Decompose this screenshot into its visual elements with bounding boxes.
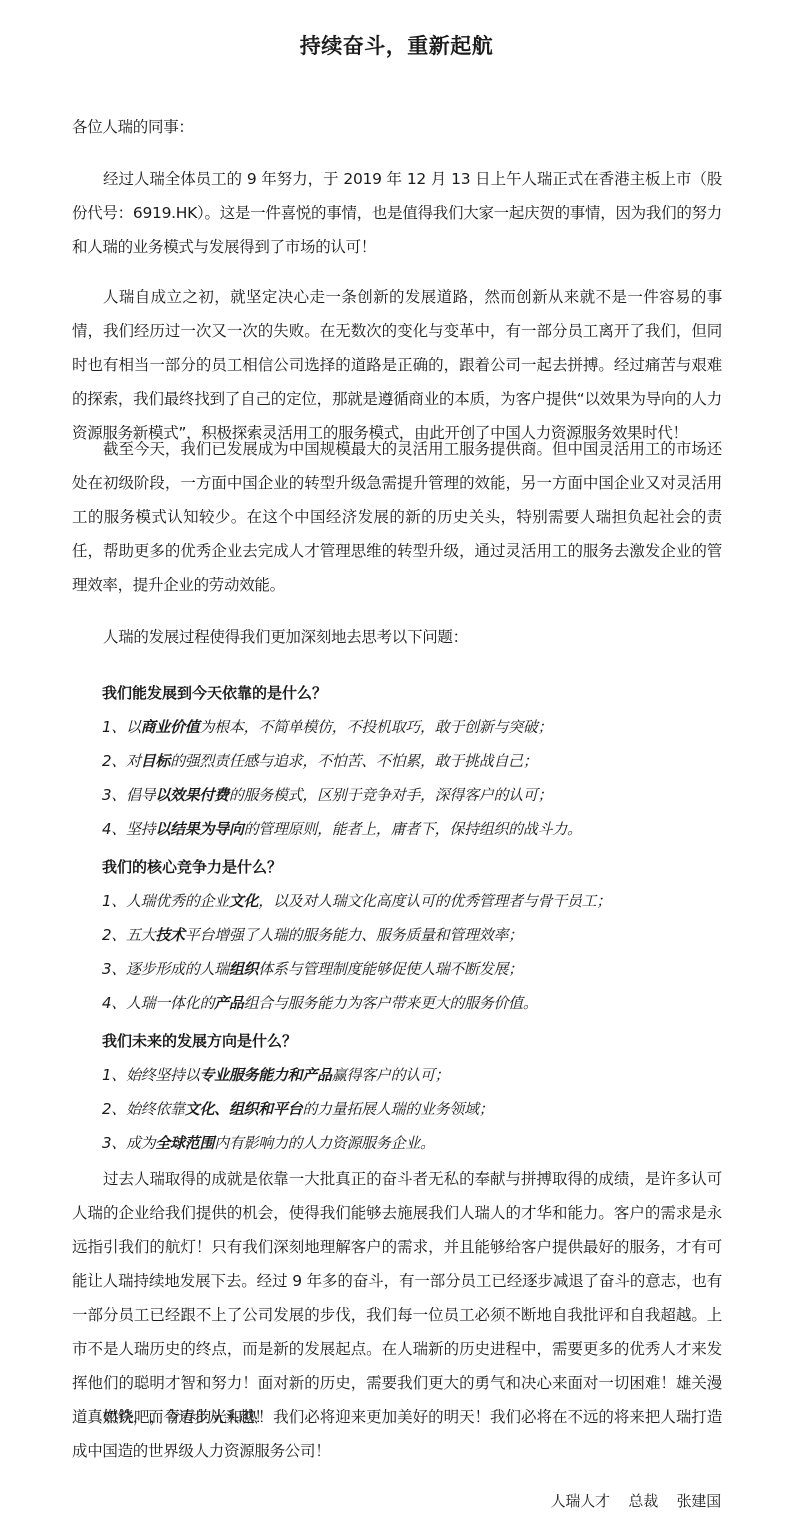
paragraph-history: 人瑞自成立之初，就坚定决心走一条创新的发展道路，然而创新从来就不是一件容易的事情… xyxy=(72,280,722,450)
paragraph-text: 过去人瑞取得的成就是依靠一大批真正的奋斗者无私的奉献与拼搏取得的成绩，是许多认可… xyxy=(72,1162,722,1434)
question-item: 1、始终坚持以专业服务能力和产品赢得客户的认可； xyxy=(102,1058,722,1092)
signature-company: 人瑞人才 xyxy=(551,1492,610,1510)
paragraph-text: 截至今天，我们已发展成为中国规模最大的灵活用工服务提供商。但中国灵活用工的市场还… xyxy=(72,432,722,602)
question-item: 2、对目标的强烈责任感与追求，不怕苦、不怕累，敢于挑战自己； xyxy=(102,744,722,778)
signature: 人瑞人才 总裁 张建国 xyxy=(537,1490,721,1511)
paragraph-listing: 经过人瑞全体员工的 9 年努力，于 2019 年 12 月 13 日上午人瑞正式… xyxy=(72,162,722,264)
question-heading: 我们的核心竞争力是什么？ xyxy=(102,850,722,884)
paragraph-text: 人瑞的发展过程使得我们更加深刻地去思考以下问题： xyxy=(72,620,722,654)
page-title: 持续奋斗，重新起航 xyxy=(0,30,793,60)
question-section-2: 我们的核心竞争力是什么？ 1、人瑞优秀的企业文化，以及对人瑞文化高度认可的优秀管… xyxy=(102,850,722,1020)
signature-name: 张建国 xyxy=(677,1492,721,1510)
paragraph-achievements: 过去人瑞取得的成就是依靠一大批真正的奋斗者无私的奉献与拼搏取得的成绩，是许多认可… xyxy=(72,1162,722,1434)
question-item: 4、人瑞一体化的产品组合与服务能力为客户带来更大的服务价值。 xyxy=(102,986,722,1020)
question-item: 3、成为全球范围内有影响力的人力资源服务企业。 xyxy=(102,1126,722,1160)
question-item: 4、坚持以结果为导向的管理原则，能者上，庸者下，保持组织的战斗力。 xyxy=(102,812,722,846)
question-item: 1、人瑞优秀的企业文化，以及对人瑞文化高度认可的优秀管理者与骨干员工； xyxy=(102,884,722,918)
question-heading: 我们能发展到今天依靠的是什么？ xyxy=(102,676,722,710)
signature-position: 总裁 xyxy=(628,1492,658,1510)
question-section-3: 我们未来的发展方向是什么？ 1、始终坚持以专业服务能力和产品赢得客户的认可； 2… xyxy=(102,1024,722,1160)
question-item: 3、倡导以效果付费的服务模式，区别于竞争对手，深得客户的认可； xyxy=(102,778,722,812)
salutation: 各位人瑞的同事： xyxy=(72,110,722,144)
question-item: 1、以商业价值为根本，不简单模仿，不投机取巧，敢于创新与突破； xyxy=(102,710,722,744)
question-item: 2、五大技术平台增强了人瑞的服务能力、服务质量和管理效率； xyxy=(102,918,722,952)
question-heading: 我们未来的发展方向是什么？ xyxy=(102,1024,722,1058)
question-section-1: 我们能发展到今天依靠的是什么？ 1、以商业价值为根本，不简单模仿，不投机取巧，敢… xyxy=(102,676,722,846)
question-item: 3、逐步形成的人瑞组织体系与管理制度能够促使人瑞不断发展； xyxy=(102,952,722,986)
paragraph-market: 截至今天，我们已发展成为中国规模最大的灵活用工服务提供商。但中国灵活用工的市场还… xyxy=(72,432,722,602)
paragraph-closing: 燃烧吧，青春的光和热！我们必将迎来更加美好的明天！我们必将在不远的将来把人瑞打造… xyxy=(72,1400,722,1468)
paragraph-questions-intro: 人瑞的发展过程使得我们更加深刻地去思考以下问题： xyxy=(72,620,722,654)
paragraph-text: 人瑞自成立之初，就坚定决心走一条创新的发展道路，然而创新从来就不是一件容易的事情… xyxy=(72,280,722,450)
salutation-text: 各位人瑞的同事： xyxy=(72,110,722,144)
paragraph-text: 燃烧吧，青春的光和热！我们必将迎来更加美好的明天！我们必将在不远的将来把人瑞打造… xyxy=(72,1400,722,1468)
paragraph-text: 经过人瑞全体员工的 9 年努力，于 2019 年 12 月 13 日上午人瑞正式… xyxy=(72,162,722,264)
question-item: 2、始终依靠文化、组织和平台的力量拓展人瑞的业务领域； xyxy=(102,1092,722,1126)
